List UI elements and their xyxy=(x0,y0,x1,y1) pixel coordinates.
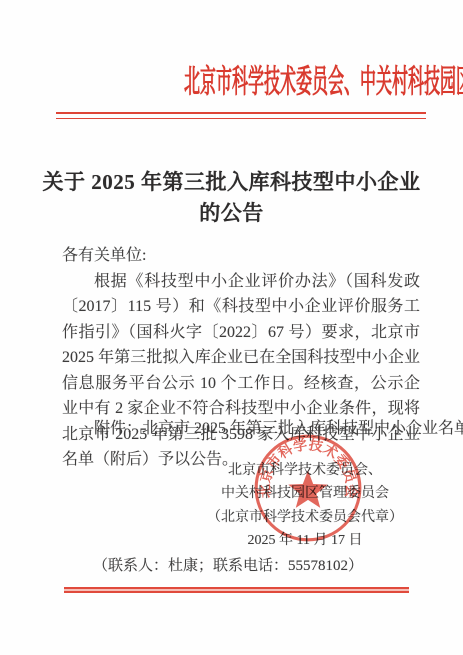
document-title-line1: 关于 2025 年第三批入库科技型中小企业 xyxy=(0,167,463,198)
footer-double-rule xyxy=(64,587,409,593)
signature-date: 2025 年 11 月 17 日 xyxy=(185,529,425,552)
document-body: 各有关单位: 根据《科技型中小企业评价办法》（国科发政〔2017〕115 号）和… xyxy=(62,243,420,473)
signature-org-line2: 中关村科技园区管理委员会 xyxy=(185,482,425,505)
salutation: 各有关单位: xyxy=(62,243,420,269)
letterhead-double-rule xyxy=(56,112,426,119)
contact-line: （联系人：杜康；联系电话：55578102） xyxy=(93,554,363,575)
document-title-line2: 的公告 xyxy=(0,198,463,229)
signature-proxy-note: （北京市科学技术委员会代章） xyxy=(185,506,425,529)
signature-org-line1: 北京市科学技术委员会、 xyxy=(185,459,425,482)
attachment-line: 附件：北京市 2025 年第三批入库科技型中小企业名单 xyxy=(62,415,432,438)
scanned-official-document: 北京市科学技术委员会、中关村科技园区管理委员会 关于 2025 年第三批入库科技… xyxy=(0,0,463,655)
signature-block: 北京市科学技术委员会、 中关村科技园区管理委员会 （北京市科学技术委员会代章） … xyxy=(185,459,425,553)
letterhead: 北京市科学技术委员会、中关村科技园区管理委员会 xyxy=(0,56,463,102)
letterhead-org-name: 北京市科学技术委员会、中关村科技园区管理委员会 xyxy=(184,56,463,102)
document-title: 关于 2025 年第三批入库科技型中小企业 的公告 xyxy=(0,167,463,229)
body-paragraph: 根据《科技型中小企业评价办法》（国科发政〔2017〕115 号）和《科技型中小企… xyxy=(62,269,420,473)
